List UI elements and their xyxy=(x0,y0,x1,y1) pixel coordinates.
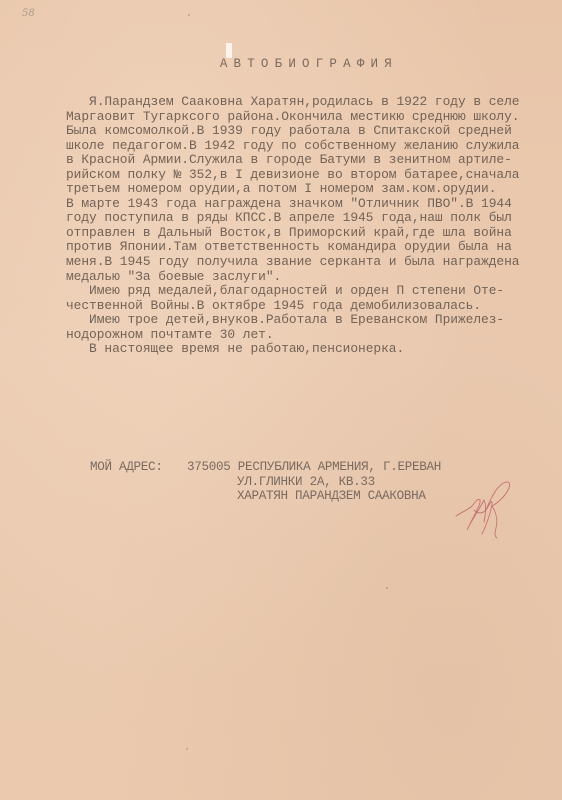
text-line: отправлен в Дальный Восток,в Приморский … xyxy=(66,226,526,241)
text-line: Имею ряд медалей,благодарностей и орден … xyxy=(66,284,526,299)
archive-page-number: 58 xyxy=(22,8,35,19)
text-line: третьем номером орудии,а потом I номером… xyxy=(66,182,526,197)
text-line: против Японии.Там ответственность команд… xyxy=(66,240,526,255)
text-line: нодорожном почтамте 30 лет. xyxy=(66,328,526,343)
address-label: МОЙ АДРЕС: xyxy=(90,460,187,475)
text-line: В настоящее время не работаю,пенсионерка… xyxy=(66,342,526,357)
paper-speck xyxy=(386,587,388,589)
paper-speck xyxy=(188,14,190,16)
autobiography-body: Я.Парандзем Сааковна Харатян,родилась в … xyxy=(66,95,526,357)
paper-speck xyxy=(186,748,188,750)
text-line: чественной Войны.В октябре 1945 года дем… xyxy=(66,299,526,314)
text-line: медалью "За боевые заслуги". xyxy=(66,270,526,285)
text-line: Была комсомолкой.В 1939 году работала в … xyxy=(66,124,526,139)
address-block: МОЙ АДРЕС:375005 РЕСПУБЛИКА АРМЕНИЯ, Г.Е… xyxy=(90,460,441,504)
text-line: рийском полку № 352,в I девизионе во вто… xyxy=(66,168,526,183)
address-row-1: МОЙ АДРЕС:375005 РЕСПУБЛИКА АРМЕНИЯ, Г.Е… xyxy=(90,460,441,475)
document-title-text: АВТОБИОГРАФИЯ xyxy=(220,57,398,71)
text-line: школе педагогом.В 1942 году по собственн… xyxy=(66,139,526,154)
address-line-1: 375005 РЕСПУБЛИКА АРМЕНИЯ, Г.ЕРЕВАН xyxy=(187,460,441,474)
address-row-3: ХАРАТЯН ПАРАНДЗЕМ СААКОВНА xyxy=(90,489,441,504)
text-line: Имею трое детей,внуков.Работала в Ереван… xyxy=(66,313,526,328)
address-line-3: ХАРАТЯН ПАРАНДЗЕМ СААКОВНА xyxy=(237,489,426,503)
address-row-2: УЛ.ГЛИНКИ 2А, КВ.33 xyxy=(90,475,441,490)
correction-fluid-mark xyxy=(226,43,232,58)
text-line: в Красной Армии.Служила в городе Батуми … xyxy=(66,153,526,168)
signature-icon xyxy=(450,470,530,550)
document-title: АВТОБИОГРАФИЯ xyxy=(165,43,398,99)
text-line: Маргаовит Тугарксого района.Окончила мес… xyxy=(66,110,526,125)
document-page: 58 АВТОБИОГРАФИЯ Я.Парандзем Сааковна Ха… xyxy=(0,0,562,800)
text-line: В марте 1943 года награждена значком "От… xyxy=(66,197,526,212)
text-line: меня.В 1945 году получила звание серкант… xyxy=(66,255,526,270)
address-line-2: УЛ.ГЛИНКИ 2А, КВ.33 xyxy=(237,475,375,489)
text-line: Я.Парандзем Сааковна Харатян,родилась в … xyxy=(66,95,526,110)
text-line: году поступила в ряды КПСС.В апреле 1945… xyxy=(66,211,526,226)
